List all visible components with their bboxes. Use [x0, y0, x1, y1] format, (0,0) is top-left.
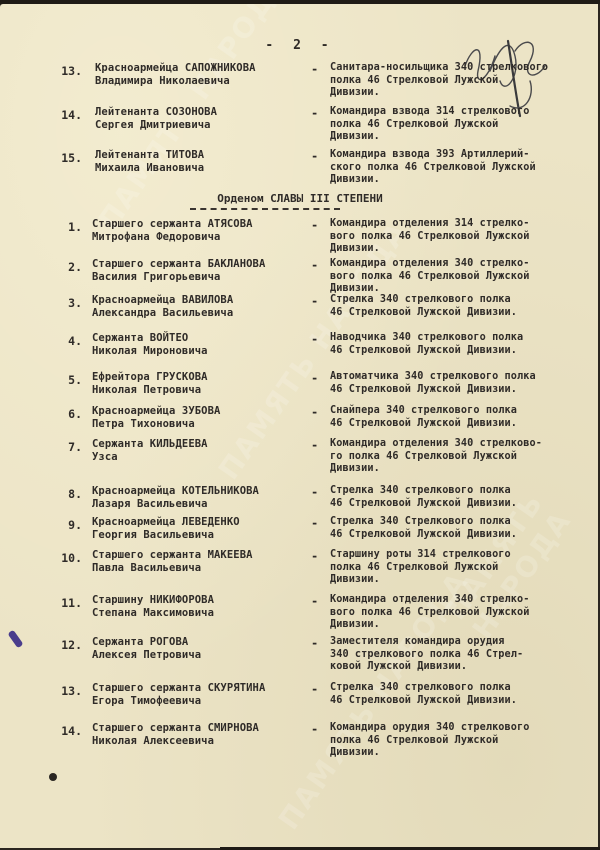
entry-number: 14. [52, 724, 82, 738]
separator-dash: - [311, 62, 318, 76]
recipient-rank-surname: Старшего сержанта АТЯСОВА [92, 218, 253, 231]
entry-number: 4. [52, 334, 82, 348]
recipient-position: Стрелка 340 стрелкового полка 46 Стрелко… [330, 485, 517, 510]
recipient-position: Командира отделения 340 стрелково- го по… [330, 438, 542, 476]
recipient-position: Санитара-носильщика 340 стрелкового полк… [330, 62, 548, 100]
entry-number: 12. [52, 638, 82, 652]
entry-number: 9. [52, 518, 82, 532]
document-page: ПАМЯТЬ НАРОДА ПАМЯТЬ НАРОДА ПАМЯТЬ НАРОД… [0, 4, 598, 848]
recipient-rank-surname: Красноармейца ВАВИЛОВА [92, 294, 233, 307]
section-title-order-of-glory: Орденом СЛАВЫ III СТЕПЕНИ [0, 192, 598, 205]
recipient-position: Стрелка 340 Стрелкового полка 46 Стрелко… [330, 516, 517, 541]
recipient-rank-surname: Красноармейца КОТЕЛЬНИКОВА [92, 485, 259, 498]
entry-number: 11. [52, 596, 82, 610]
recipient-rank-surname: Сержанта КИЛЬДЕЕВА [92, 438, 208, 451]
entry-number: 13. [52, 64, 82, 78]
ink-mark [7, 630, 23, 649]
recipient-rank-surname: Старшего сержанта СМИРНОВА [92, 722, 259, 735]
recipient-given-names: Лазаря Васильевича [92, 498, 208, 511]
entry-number: 5. [52, 373, 82, 387]
recipient-rank-surname: Старшину НИКИФОРОВА [92, 594, 214, 607]
entry-number: 7. [52, 440, 82, 454]
recipient-position: Автоматчика 340 стрелкового полка 46 Стр… [330, 371, 536, 396]
recipient-position: Командира орудия 340 стрелкового полка 4… [330, 722, 529, 760]
separator-dash: - [311, 682, 318, 696]
separator-dash: - [311, 594, 318, 608]
separator-dash: - [311, 294, 318, 308]
recipient-position: Старшину роты 314 стрелкового полка 46 С… [330, 549, 511, 587]
recipient-rank-surname: Сержанта РОГОВА [92, 636, 188, 649]
recipient-rank-surname: Ефрейтора ГРУСКОВА [92, 371, 208, 384]
separator-dash: - [311, 516, 318, 530]
recipient-position: Командира отделения 340 стрелко- вого по… [330, 258, 529, 296]
separator-dash: - [311, 438, 318, 452]
recipient-position: Командира отделения 314 стрелко- вого по… [330, 218, 529, 256]
separator-dash: - [311, 106, 318, 120]
entry-number: 10. [52, 551, 82, 565]
recipient-position: Снайпера 340 стрелкового полка 46 Стрелк… [330, 405, 517, 430]
recipient-given-names: Николая Петровича [92, 384, 201, 397]
recipient-rank-surname: Сержанта ВОЙТЕО [92, 332, 188, 345]
entry-number: 8. [52, 487, 82, 501]
recipient-rank-surname: Лейтенанта СОЗОНОВА [95, 106, 217, 119]
entry-number: 15. [52, 151, 82, 165]
entry-number: 6. [52, 407, 82, 421]
entry-number: 1. [52, 220, 82, 234]
recipient-position: Командира взвода 393 Артиллерий- ского п… [330, 149, 536, 187]
entry-number: 14. [52, 108, 82, 122]
recipient-given-names: Степана Максимовича [92, 607, 214, 620]
recipient-given-names: Александра Васильевича [92, 307, 233, 320]
recipient-rank-surname: Красноармейца ЛЕВЕДЕНКО [92, 516, 240, 529]
recipient-rank-surname: Старшего сержанта БАКЛАНОВА [92, 258, 265, 271]
recipient-position: Наводчика 340 стрелкового полка 46 Стрел… [330, 332, 523, 357]
recipient-rank-surname: Старшего сержанта СКУРЯТИНА [92, 682, 265, 695]
separator-dash: - [311, 485, 318, 499]
separator-dash: - [311, 636, 318, 650]
separator-dash: - [311, 218, 318, 232]
separator-dash: - [311, 405, 318, 419]
recipient-given-names: Алексея Петровича [92, 649, 201, 662]
separator-dash: - [311, 258, 318, 272]
recipient-rank-surname: Красноармейца ЗУБОВА [92, 405, 220, 418]
section-title-underline [190, 208, 340, 210]
entry-number: 2. [52, 260, 82, 274]
recipient-given-names: Владимира Николаевича [95, 75, 230, 88]
recipient-given-names: Николая Алексеевича [92, 735, 214, 748]
separator-dash: - [311, 722, 318, 736]
recipient-rank-surname: Лейтенанта ТИТОВА [95, 149, 204, 162]
recipient-rank-surname: Красноармейца САПОЖНИКОВА [95, 62, 256, 75]
recipient-rank-surname: Старшего сержанта МАКЕЕВА [92, 549, 253, 562]
recipient-position: Командира отделения 340 стрелко- вого по… [330, 594, 529, 632]
separator-dash: - [311, 371, 318, 385]
recipient-given-names: Сергея Дмитриевича [95, 119, 211, 132]
recipient-given-names: Василия Григорьевича [92, 271, 220, 284]
recipient-position: Стрелка 340 стрелкового полка 46 Стрелко… [330, 682, 517, 707]
recipient-given-names: Павла Васильевича [92, 562, 201, 575]
recipient-position: Заместителя командира орудия 340 стрелко… [330, 636, 523, 674]
recipient-given-names: Узса [92, 451, 118, 464]
recipient-position: Стрелка 340 стрелкового полка 46 Стрелко… [330, 294, 517, 319]
recipient-given-names: Петра Тихоновича [92, 418, 195, 431]
recipient-given-names: Георгия Васильевича [92, 529, 214, 542]
recipient-given-names: Николая Мироновича [92, 345, 208, 358]
entry-number: 13. [52, 684, 82, 698]
separator-dash: - [311, 332, 318, 346]
entry-number: 3. [52, 296, 82, 310]
recipient-given-names: Михаила Ивановича [95, 162, 204, 175]
recipient-given-names: Митрофана Федоровича [92, 231, 220, 244]
recipient-position: Командира взвода 314 стрелкового полка 4… [330, 106, 529, 144]
separator-dash: - [311, 549, 318, 563]
separator-dash: - [311, 149, 318, 163]
recipient-given-names: Егора Тимофеевича [92, 695, 201, 708]
punch-hole [49, 773, 57, 781]
